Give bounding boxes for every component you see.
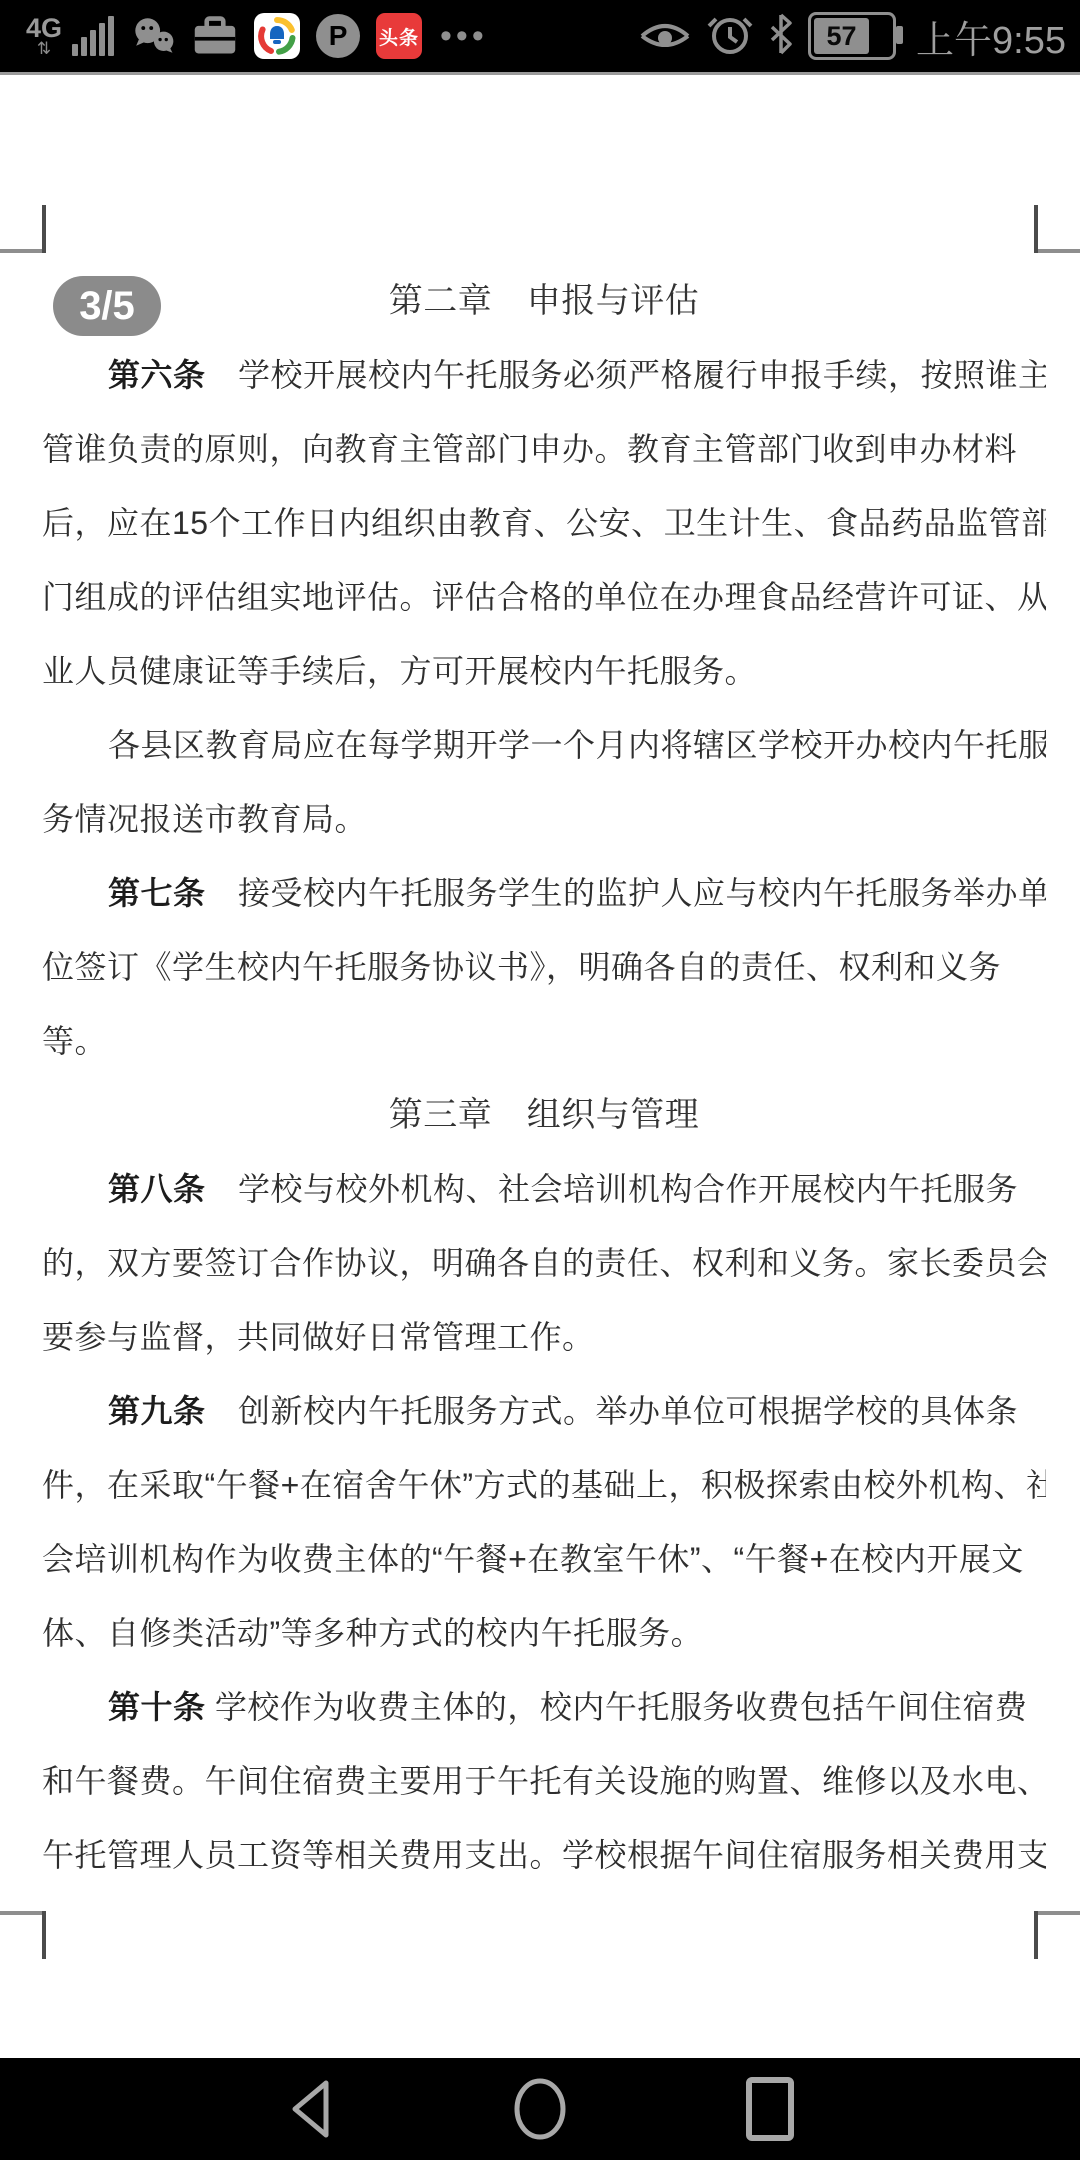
document-viewport[interactable]: 3/5 第二章 申报与评估 第六条 学校开展校内午托服务必须严格履行申报手续，按… — [0, 72, 1080, 2058]
document-text: 第二章 申报与评估 第六条 学校开展校内午托服务必须严格履行申报手续，按照谁主 … — [0, 75, 1080, 1892]
doc-line: 要参与监督，共同做好日常管理工作。 — [42, 1300, 1046, 1374]
doc-line: 管谁负责的原则，向教育主管部门申办。教育主管部门收到申办材料 — [42, 412, 1046, 486]
android-nav-bar — [0, 2058, 1080, 2160]
page-corner-mark-bottom-left-arm — [42, 1911, 46, 1959]
more-notifications-icon: ••• — [440, 17, 488, 56]
chapter-heading: 第三章 组织与管理 — [42, 1078, 1046, 1152]
doc-line: 业人员健康证等手续后，方可开展校内午托服务。 — [42, 634, 1046, 708]
page-corner-mark-bottom-right-arm — [1034, 1911, 1038, 1959]
bluetooth-icon — [768, 13, 794, 60]
doc-line: 务情况报送市教育局。 — [42, 782, 1046, 856]
doc-line: 等。 — [42, 1004, 1046, 1078]
briefcase-notification-icon — [192, 13, 238, 59]
signal-strength-icon — [72, 16, 114, 56]
wechat-notification-icon — [130, 13, 176, 59]
doc-line: 第七条 接受校内午托服务学生的监护人应与校内午托服务举办单 — [42, 856, 1046, 930]
doc-line: 各县区教育局应在每学期开学一个月内将辖区学校开办校内午托服 — [42, 708, 1046, 782]
tencent-news-notification-icon — [254, 13, 300, 59]
page-corner-mark-top-right — [1034, 249, 1080, 253]
doc-line: 第八条 学校与校外机构、社会培训机构合作开展校内午托服务 — [42, 1152, 1046, 1226]
doc-line: 体、自修类活动”等多种方式的校内午托服务。 — [42, 1596, 1046, 1670]
doc-line: 第九条 创新校内午托服务方式。举办单位可根据学校的具体条 — [42, 1374, 1046, 1448]
back-button[interactable] — [279, 2073, 341, 2145]
chapter-heading: 第二章 申报与评估 — [42, 264, 1046, 338]
page-number-badge: 3/5 — [53, 276, 161, 336]
clock-label: 上午9:55 — [916, 9, 1066, 64]
battery-nub — [896, 26, 903, 44]
network-indicator: 4G ⇅ — [26, 15, 62, 57]
status-bar: 4G ⇅ — [0, 0, 1080, 72]
data-activity-arrows-icon: ⇅ — [37, 40, 51, 57]
page-corner-mark-top-left — [0, 249, 46, 253]
doc-line: 和午餐费。午间住宿费主要用于午托有关设施的购置、维修以及水电、 — [42, 1744, 1046, 1818]
doc-line: 门组成的评估组实地评估。评估合格的单位在办理食品经营许可证、从 — [42, 560, 1046, 634]
doc-line: 后，应在15个工作日内组织由教育、公安、卫生计生、食品药品监管部 — [42, 486, 1046, 560]
doc-line: 件，在采取“午餐+在宿舍午休”方式的基础上，积极探索由校外机构、社 — [42, 1448, 1046, 1522]
doc-line: 的，双方要签订合作协议，明确各自的责任、权利和义务。家长委员会 — [42, 1226, 1046, 1300]
eye-comfort-icon — [638, 14, 692, 59]
doc-line: 位签订《学生校内午托服务协议书》，明确各自的责任、权利和义务 — [42, 930, 1046, 1004]
doc-line: 会培训机构作为收费主体的“午餐+在教室午休”、“午餐+在校内开展文 — [42, 1522, 1046, 1596]
p-app-notification-icon: P — [316, 14, 360, 58]
recents-button[interactable] — [739, 2073, 801, 2145]
page-corner-mark-bottom-right — [1034, 1911, 1080, 1915]
battery-indicator: 57 — [808, 12, 896, 60]
page-corner-mark-top-left-arm — [42, 205, 46, 253]
toutiao-notification-icon: 头条 — [376, 13, 422, 59]
doc-line: 第十条 学校作为收费主体的，校内午托服务收费包括午间住宿费 — [42, 1670, 1046, 1744]
battery-percent-label: 57 — [811, 21, 872, 52]
page-corner-mark-top-right-arm — [1034, 205, 1038, 253]
alarm-clock-icon — [706, 12, 754, 61]
network-type-label: 4G — [26, 15, 62, 42]
home-button[interactable] — [509, 2073, 571, 2145]
doc-line: 午托管理人员工资等相关费用支出。学校根据午间住宿服务相关费用支 — [42, 1818, 1046, 1892]
doc-line: 第六条 学校开展校内午托服务必须严格履行申报手续，按照谁主 — [42, 338, 1046, 412]
page-corner-mark-bottom-left — [0, 1911, 46, 1915]
